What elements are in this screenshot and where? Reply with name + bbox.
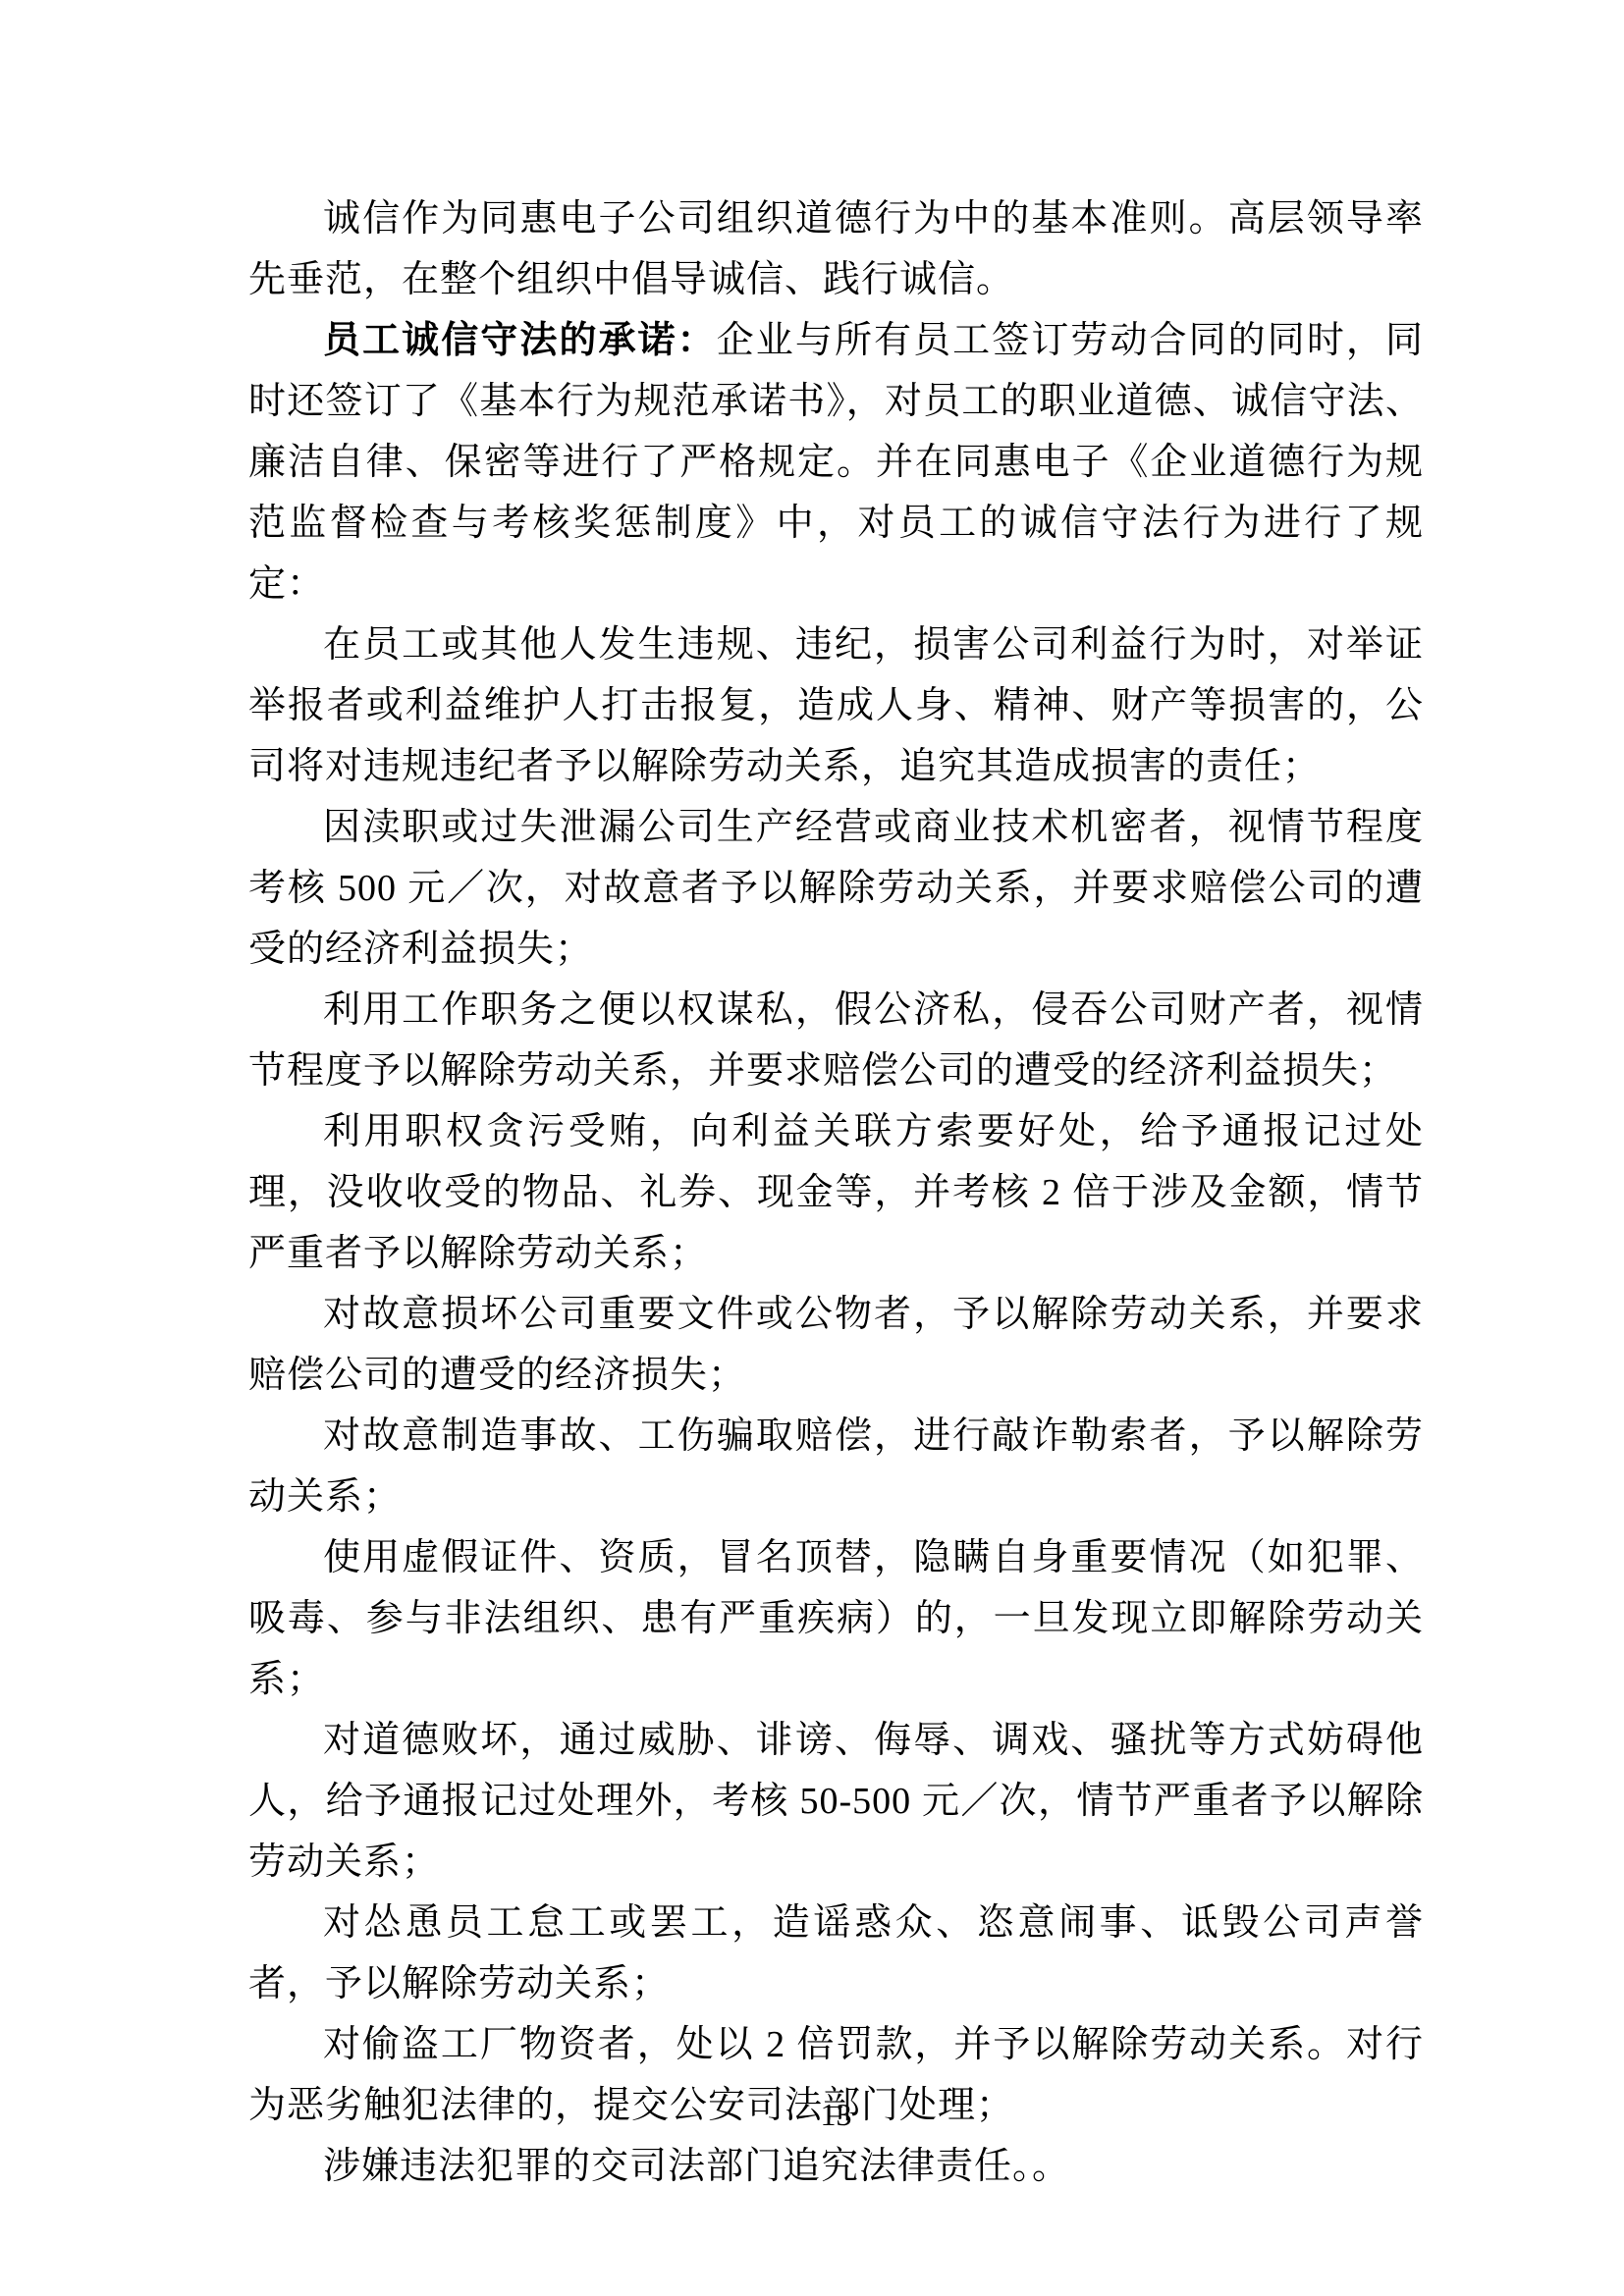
page-number: 13 — [248, 2095, 1424, 2134]
paragraph: 对怂恿员工怠工或罢工，造谣惑众、恣意闹事、诋毁公司声誉者，予以解除劳动关系； — [248, 1893, 1424, 2014]
paragraph-text: 对故意损坏公司重要文件或公物者，予以解除劳动关系，并要求赔偿公司的遭受的经济损失… — [248, 1294, 1424, 1396]
document-body: 诚信作为同惠电子公司组织道德行为中的基本准则。高层领导率先垂范，在整个组织中倡导… — [248, 188, 1424, 2197]
paragraph-text: 使用虚假证件、资质，冒名顶替，隐瞒自身重要情况（如犯罪、吸毒、参与非法组织、患有… — [248, 1537, 1424, 1700]
paragraph-text: 诚信作为同惠电子公司组织道德行为中的基本准则。高层领导率先垂范，在整个组织中倡导… — [248, 198, 1424, 300]
document-page: 诚信作为同惠电子公司组织道德行为中的基本准则。高层领导率先垂范，在整个组织中倡导… — [0, 0, 1624, 2296]
paragraph-text: 涉嫌违法犯罪的交司法部门追究法律责任。。 — [323, 2146, 1070, 2187]
paragraph-text: 企业与所有员工签订劳动合同的同时，同时还签订了《基本行为规范承诺书》，对员工的职… — [248, 320, 1424, 605]
paragraph: 因渎职或过失泄漏公司生产经营或商业技术机密者，视情节程度考核 500 元／次，对… — [248, 797, 1424, 980]
paragraph-text: 利用工作职务之便以权谋私，假公济私，侵吞公司财产者，视情节程度予以解除劳动关系，… — [248, 989, 1424, 1092]
paragraph: 利用职权贪污受贿，向利益关联方索要好处，给予通报记过处理，没收收受的物品、礼券、… — [248, 1101, 1424, 1284]
paragraph-bold-lead: 员工诚信守法的承诺： — [323, 320, 717, 361]
paragraph-text: 对怂恿员工怠工或罢工，造谣惑众、恣意闹事、诋毁公司声誉者，予以解除劳动关系； — [248, 1902, 1424, 2004]
paragraph: 利用工作职务之便以权谋私，假公济私，侵吞公司财产者，视情节程度予以解除劳动关系，… — [248, 980, 1424, 1101]
paragraph: 对故意制造事故、工伤骗取赔偿，进行敲诈勒索者，予以解除劳动关系； — [248, 1406, 1424, 1527]
paragraph-text: 利用职权贪污受贿，向利益关联方索要好处，给予通报记过处理，没收收受的物品、礼券、… — [248, 1111, 1424, 1274]
paragraph: 员工诚信守法的承诺：企业与所有员工签订劳动合同的同时，同时还签订了《基本行为规范… — [248, 310, 1424, 614]
paragraph: 对故意损坏公司重要文件或公物者，予以解除劳动关系，并要求赔偿公司的遭受的经济损失… — [248, 1284, 1424, 1406]
paragraph: 诚信作为同惠电子公司组织道德行为中的基本准则。高层领导率先垂范，在整个组织中倡导… — [248, 188, 1424, 310]
paragraph-text: 因渎职或过失泄漏公司生产经营或商业技术机密者，视情节程度考核 500 元／次，对… — [248, 807, 1424, 970]
paragraph: 使用虚假证件、资质，冒名顶替，隐瞒自身重要情况（如犯罪、吸毒、参与非法组织、患有… — [248, 1527, 1424, 1710]
paragraph-text: 对道德败坏，通过威胁、诽谤、侮辱、调戏、骚扰等方式妨碍他人，给予通报记过处理外，… — [248, 1720, 1424, 1883]
paragraph: 涉嫌违法犯罪的交司法部门追究法律责任。。 — [248, 2136, 1424, 2197]
paragraph: 对道德败坏，通过威胁、诽谤、侮辱、调戏、骚扰等方式妨碍他人，给予通报记过处理外，… — [248, 1710, 1424, 1893]
paragraph-text: 对故意制造事故、工伤骗取赔偿，进行敲诈勒索者，予以解除劳动关系； — [248, 1415, 1424, 1518]
paragraph-text: 在员工或其他人发生违规、违纪，损害公司利益行为时，对举证举报者或利益维护人打击报… — [248, 624, 1424, 787]
paragraph: 在员工或其他人发生违规、违纪，损害公司利益行为时，对举证举报者或利益维护人打击报… — [248, 614, 1424, 797]
